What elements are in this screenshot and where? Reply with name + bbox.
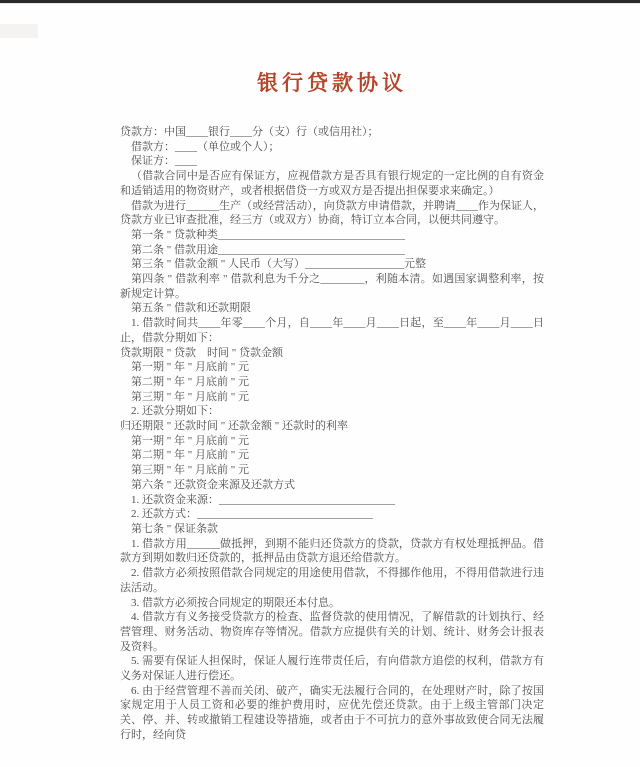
- paragraph-18: 第一期 " 年 " 月底前 " 元: [120, 434, 544, 449]
- paragraph-14: 第二期 " 年 " 月底前 " 元: [120, 375, 544, 390]
- paragraph-4: （借款合同中是否应有保证方，应视借款方是否具有银行规定的一定比例的自有资金和适销…: [120, 169, 544, 198]
- paragraph-25: 1. 借款方用______做抵押，到期不能归还贷款方的贷款，贷款方有权处理抵押品…: [120, 537, 544, 566]
- top-border-bar: [0, 0, 640, 4]
- paragraph-16: 2. 还款分期如下：: [120, 404, 544, 419]
- scan-artifact: [0, 24, 38, 38]
- document-body: 贷款方：中国____银行____分（支）行（或信用社）；借款方：____（单位或…: [120, 125, 544, 743]
- document-title: 银行贷款协议: [120, 73, 544, 94]
- paragraph-2: 借款方：____（单位或个人）；: [120, 140, 544, 155]
- paragraph-10: 第五条 " 借款和还款期限: [120, 301, 544, 316]
- contract-document: 银行贷款协议 贷款方：中国____银行____分（支）行（或信用社）；借款方：_…: [120, 73, 544, 743]
- paragraph-5: 借款为进行______生产（或经营活动），向贷款方申请借款，并聘请____作为保…: [120, 199, 544, 228]
- paragraph-22: 1. 还款资金来源：______________________________…: [120, 493, 544, 508]
- paragraph-28: 4. 借款方有义务接受贷款方的检查、监督贷款的使用情况，了解借款的计划执行、经营…: [120, 610, 544, 654]
- paragraph-6: 第一条 " 贷款种类______________________________…: [120, 228, 544, 243]
- paragraph-11: 1. 借款时间共____年零____个月，自____年____月____日起，至…: [120, 316, 544, 345]
- paragraph-19: 第二期 " 年 " 月底前 " 元: [120, 448, 544, 463]
- scanned-document-page: 银行贷款协议 贷款方：中国____银行____分（支）行（或信用社）；借款方：_…: [0, 0, 640, 767]
- paragraph-9: 第四条 " 借款利率 " 借款利息为千分之________，利随本清。如遇国家调…: [120, 272, 544, 301]
- paragraph-7: 第二条 " 借款用途______________________________…: [120, 243, 544, 258]
- paragraph-27: 3. 借款方必须按合同规定的期限还本付息。: [120, 596, 544, 611]
- paragraph-20: 第三期 " 年 " 月底前 " 元: [120, 463, 544, 478]
- paragraph-3: 保证方：____: [120, 154, 544, 169]
- paragraph-8: 第三条 " 借款金额 " 人民币（大写）__________________元整: [120, 257, 544, 272]
- paragraph-15: 第三期 " 年 " 月底前 " 元: [120, 390, 544, 405]
- paragraph-24: 第七条 " 保证条款: [120, 522, 544, 537]
- paragraph-29: 5. 需要有保证人担保时，保证人履行连带责任后，有向借款方追偿的权利，借款方有义…: [120, 654, 544, 683]
- paragraph-12: 贷款期限 " 贷款 时间 " 贷款金额: [120, 346, 544, 361]
- paragraph-1: 贷款方：中国____银行____分（支）行（或信用社）；: [120, 125, 544, 140]
- paragraph-21: 第六条 " 还款资金来源及还款方式: [120, 478, 544, 493]
- paragraph-13: 第一期 " 年 " 月底前 " 元: [120, 360, 544, 375]
- paragraph-30: 6. 由于经营管理不善而关闭、破产，确实无法履行合同的，在处理财产时，除了按国家…: [120, 684, 544, 743]
- paragraph-17: 归还期限 " 还款时间 " 还款金额 " 还款时的利率: [120, 419, 544, 434]
- paragraph-26: 2. 借款方必须按照借款合同规定的用途使用借款，不得挪作他用，不得用借款进行违法…: [120, 566, 544, 595]
- paragraph-23: 2. 还款方式：________________________________: [120, 507, 544, 522]
